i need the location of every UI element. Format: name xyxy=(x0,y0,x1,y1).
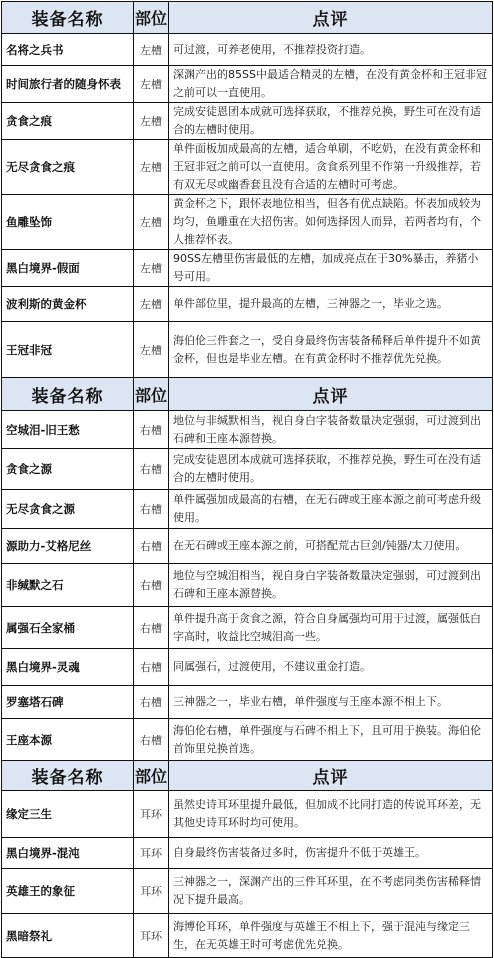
section-header-row: 装备名称部位点评 xyxy=(2,761,493,791)
table-row: 黑白境界-混沌耳环自身最终伤害装备过多时，伤害提升不低于英雄王。 xyxy=(2,838,493,869)
table-row: 黑白境界-假面左槽90SS左槽里伤害最低的左槽，加成亮点在于30%暴击，养猪小号… xyxy=(2,250,493,287)
equipment-comment: 地位与非缄默相当，视自身白字装备数量决定强弱，可过渡到出石碑和王座本源替换。 xyxy=(169,411,493,449)
equipment-name: 缘定三生 xyxy=(2,791,134,838)
equipment-slot: 耳环 xyxy=(134,914,169,931)
equipment-comment: 同属强石，过渡使用，不建议重金打造。 xyxy=(169,649,493,686)
equipment-comment: 海伯伦右槽，单件强度与石碑不相上下，且可用于换装。海伯伦首饰里兑换首选。 xyxy=(169,719,493,761)
table-row: 无尽贪食之源右槽单件属强加成最高的右槽，在无石碑或王座本源之前可考虑升级使用。 xyxy=(2,490,493,529)
table-row: 英雄王的象征耳环三神器之一，深渊产出的三件耳环里，在不考虑同类伤害稀释情况下提升… xyxy=(2,869,493,914)
equipment-name: 黑白境界-混沌 xyxy=(2,838,134,869)
comment-header: 点评 xyxy=(169,378,493,411)
table-row: 时间旅行者的随身怀表左槽深渊产出的85SS中最适合精灵的左槽，在没有黄金杯和王冠… xyxy=(2,66,493,103)
equipment-name: 无尽贪食之痕 xyxy=(2,140,134,195)
name-header: 装备名称 xyxy=(2,378,134,411)
name-header: 装备名称 xyxy=(2,2,134,34)
equipment-comment: 单件部位里，提升最高的左槽，三神器之一，毕业之选。 xyxy=(169,287,493,322)
equipment-slot: 耳环 xyxy=(134,869,169,914)
table-row: 属强石全家桶右槽单件提升高于贪食之源，符合自身属强均可用于过渡，属强低白字高时，… xyxy=(2,607,493,649)
comment-header: 点评 xyxy=(169,2,493,34)
equipment-comment: 完成安徒恩团本成就可选择获取，不推荐兑换，野生可在没有适合的左槽时使用。 xyxy=(169,449,493,490)
equipment-comment: 深渊产出的85SS中最适合精灵的左槽，在没有黄金杯和王冠非冠之前可以一直使用。 xyxy=(169,66,493,103)
equipment-name: 贪食之痕 xyxy=(2,103,134,140)
slot-header: 部位 xyxy=(134,761,169,791)
equipment-comment: 可过渡，可养老使用，不推荐投资打造。 xyxy=(169,34,493,66)
table-row: 缘定三生耳环虽然史诗耳环里提升最低，但加成不比同打造的传说耳环差，无其他史诗耳环… xyxy=(2,791,493,838)
table-row: 空城泪-旧王愁右槽地位与非缄默相当，视自身白字装备数量决定强弱，可过渡到出石碑和… xyxy=(2,411,493,449)
equipment-review-table: 装备名称部位点评名将之兵书左槽可过渡，可养老使用，不推荐投资打造。时间旅行者的随… xyxy=(1,1,493,930)
equipment-name: 空城泪-旧王愁 xyxy=(2,411,134,449)
table-row: 鱼雕坠饰左槽黄金杯之下，跟怀表地位相当，但各有优点缺陷。怀表加成较为均匀，鱼雕重… xyxy=(2,195,493,250)
equipment-slot: 右槽 xyxy=(134,564,169,607)
equipment-name: 无尽贪食之源 xyxy=(2,490,134,529)
equipment-comment: 单件面板加成最高的左槽，适合单刷，不吃奶，在没有黄金杯和王冠非冠之前可以一直使用… xyxy=(169,140,493,195)
table-row: 贪食之痕左槽完成安徒恩团本成就可选择获取，不推荐兑换，野生可在没有适合的左槽时使… xyxy=(2,103,493,140)
equipment-slot: 右槽 xyxy=(134,490,169,529)
equipment-name: 源助力-艾格尼丝 xyxy=(2,529,134,564)
equipment-slot: 右槽 xyxy=(134,649,169,686)
equipment-comment: 三神器之一，深渊产出的三件耳环里，在不考虑同类伤害稀释情况下提升最高。 xyxy=(169,869,493,914)
equipment-slot: 右槽 xyxy=(134,449,169,490)
equipment-name: 黑白境界-灵魂 xyxy=(2,649,134,686)
slot-header: 部位 xyxy=(134,378,169,411)
table-row: 黑暗祭礼耳环海博伦耳环，单件强度与英雄王不相上下，强于混沌与缘定三生，在无英雄王… xyxy=(2,914,493,931)
equipment-name: 属强石全家桶 xyxy=(2,607,134,649)
equipment-slot: 左槽 xyxy=(134,103,169,140)
table-row: 罗塞塔石碑右槽三神器之一，毕业右槽，单件强度与王座本源不相上下。 xyxy=(2,686,493,719)
equipment-slot: 左槽 xyxy=(134,250,169,287)
slot-header: 部位 xyxy=(134,2,169,34)
equipment-name: 名将之兵书 xyxy=(2,34,134,66)
equipment-comment: 地位与空城泪相当，视自身白字装备数量决定强弱，可过渡到出石碑和王座本源替换。 xyxy=(169,564,493,607)
equipment-comment: 三神器之一，毕业右槽，单件强度与王座本源不相上下。 xyxy=(169,686,493,719)
equipment-comment: 90SS左槽里伤害最低的左槽，加成亮点在于30%暴击，养猪小号可用。 xyxy=(169,250,493,287)
equipment-comment: 自身最终伤害装备过多时，伤害提升不低于英雄王。 xyxy=(169,838,493,869)
equipment-slot: 耳环 xyxy=(134,838,169,869)
equipment-name: 罗塞塔石碑 xyxy=(2,686,134,719)
equipment-slot: 右槽 xyxy=(134,719,169,761)
equipment-comment: 在无石碑或王座本源之前，可搭配荒古巨剑/钝器/太刀使用。 xyxy=(169,529,493,564)
equipment-name: 贪食之源 xyxy=(2,449,134,490)
equipment-name: 时间旅行者的随身怀表 xyxy=(2,66,134,103)
section-header-row: 装备名称部位点评 xyxy=(2,378,493,411)
table-row: 非缄默之石右槽地位与空城泪相当，视自身白字装备数量决定强弱，可过渡到出石碑和王座… xyxy=(2,564,493,607)
equipment-slot: 左槽 xyxy=(134,287,169,322)
equipment-comment: 单件属强加成最高的右槽，在无石碑或王座本源之前可考虑升级使用。 xyxy=(169,490,493,529)
equipment-slot: 右槽 xyxy=(134,529,169,564)
table-row: 贪食之源右槽完成安徒恩团本成就可选择获取，不推荐兑换，野生可在没有适合的左槽时使… xyxy=(2,449,493,490)
name-header: 装备名称 xyxy=(2,761,134,791)
table-row: 无尽贪食之痕左槽单件面板加成最高的左槽，适合单刷，不吃奶，在没有黄金杯和王冠非冠… xyxy=(2,140,493,195)
equipment-slot: 耳环 xyxy=(134,791,169,838)
equipment-comment: 单件提升高于贪食之源，符合自身属强均可用于过渡，属强低白字高时，收益比空城泪高一… xyxy=(169,607,493,649)
table-row: 名将之兵书左槽可过渡，可养老使用，不推荐投资打造。 xyxy=(2,34,493,66)
comment-header: 点评 xyxy=(169,761,493,791)
equipment-name: 王座本源 xyxy=(2,719,134,761)
equipment-slot: 左槽 xyxy=(134,195,169,250)
equipment-comment: 虽然史诗耳环里提升最低，但加成不比同打造的传说耳环差，无其他史诗耳环时均可使用。 xyxy=(169,791,493,838)
equipment-name: 黑暗祭礼 xyxy=(2,914,134,931)
equipment-name: 王冠非冠 xyxy=(2,322,134,378)
equipment-comment: 海伯伦三件套之一，受自身最终伤害装备稀释后单件提升不如黄金杯，但也是毕业左槽。在… xyxy=(169,322,493,378)
equipment-slot: 左槽 xyxy=(134,322,169,378)
equipment-slot: 左槽 xyxy=(134,34,169,66)
equipment-name: 鱼雕坠饰 xyxy=(2,195,134,250)
equipment-name: 黑白境界-假面 xyxy=(2,250,134,287)
table-row: 源助力-艾格尼丝右槽在无石碑或王座本源之前，可搭配荒古巨剑/钝器/太刀使用。 xyxy=(2,529,493,564)
equipment-comment: 海博伦耳环，单件强度与英雄王不相上下，强于混沌与缘定三生，在无英雄王时可考虑优先… xyxy=(169,914,493,931)
equipment-comment: 完成安徒恩团本成就可选择获取，不推荐兑换，野生可在没有适合的左槽时使用。 xyxy=(169,103,493,140)
table-row: 王冠非冠左槽海伯伦三件套之一，受自身最终伤害装备稀释后单件提升不如黄金杯，但也是… xyxy=(2,322,493,378)
section-header-row: 装备名称部位点评 xyxy=(2,2,493,34)
equipment-slot: 左槽 xyxy=(134,140,169,195)
equipment-slot: 右槽 xyxy=(134,411,169,449)
equipment-slot: 右槽 xyxy=(134,686,169,719)
equipment-name: 波利斯的黄金杯 xyxy=(2,287,134,322)
table-row: 王座本源右槽海伯伦右槽，单件强度与石碑不相上下，且可用于换装。海伯伦首饰里兑换首… xyxy=(2,719,493,761)
table-row: 波利斯的黄金杯左槽单件部位里，提升最高的左槽，三神器之一，毕业之选。 xyxy=(2,287,493,322)
equipment-name: 英雄王的象征 xyxy=(2,869,134,914)
equipment-comment: 黄金杯之下，跟怀表地位相当，但各有优点缺陷。怀表加成较为均匀，鱼雕重在大招伤害。… xyxy=(169,195,493,250)
equipment-slot: 左槽 xyxy=(134,66,169,103)
table-row: 黑白境界-灵魂右槽同属强石，过渡使用，不建议重金打造。 xyxy=(2,649,493,686)
equipment-name: 非缄默之石 xyxy=(2,564,134,607)
equipment-slot: 右槽 xyxy=(134,607,169,649)
